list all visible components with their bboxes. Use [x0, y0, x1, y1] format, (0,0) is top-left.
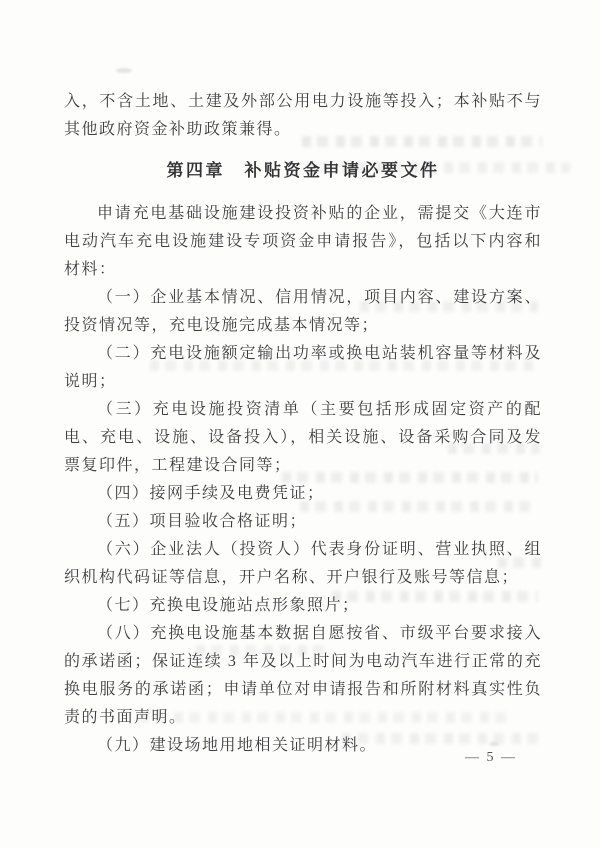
list-item-8: （八）充换电设施基本数据自愿按省、市级平台要求接入的承诺函；保证连续 3 年及以…: [64, 620, 542, 732]
list-item-3: （三）充电设施投资清单（主要包括形成固定资产的配电、充电、设施、设备投入），相关…: [64, 396, 542, 480]
chapter-heading: 第四章 补贴资金申请必要文件: [64, 157, 542, 185]
list-item-7: （七）充换电设施站点形象照片；: [64, 592, 542, 620]
list-item-2: （二）充电设施额定输出功率或换电站装机容量等材料及说明；: [64, 340, 542, 396]
intro-paragraph: 申请充电基础设施建设投资补贴的企业，需提交《大连市电动汽车充电设施建设专项资金申…: [64, 200, 542, 284]
scanned-document-page: 入，不含土地、土建及外部公用电力设施等投入；本补贴不与其他政府资金补助政策兼得。…: [0, 0, 600, 848]
list-item-1: （一）企业基本情况、信用情况，项目内容、建设方案、投资情况等，充电设施完成基本情…: [64, 284, 542, 340]
list-item-5: （五）项目验收合格证明；: [64, 508, 542, 536]
continuation-paragraph: 入，不含土地、土建及外部公用电力设施等投入；本补贴不与其他政府资金补助政策兼得。: [64, 88, 542, 144]
page-content: 入，不含土地、土建及外部公用电力设施等投入；本补贴不与其他政府资金补助政策兼得。…: [64, 88, 542, 760]
scan-speck: [116, 68, 132, 73]
page-number: — 5 —: [465, 750, 517, 766]
list-item-4: （四）接网手续及电费凭证；: [64, 480, 542, 508]
list-item-6: （六）企业法人（投资人）代表身份证明、营业执照、组织机构代码证等信息，开户名称、…: [64, 536, 542, 592]
